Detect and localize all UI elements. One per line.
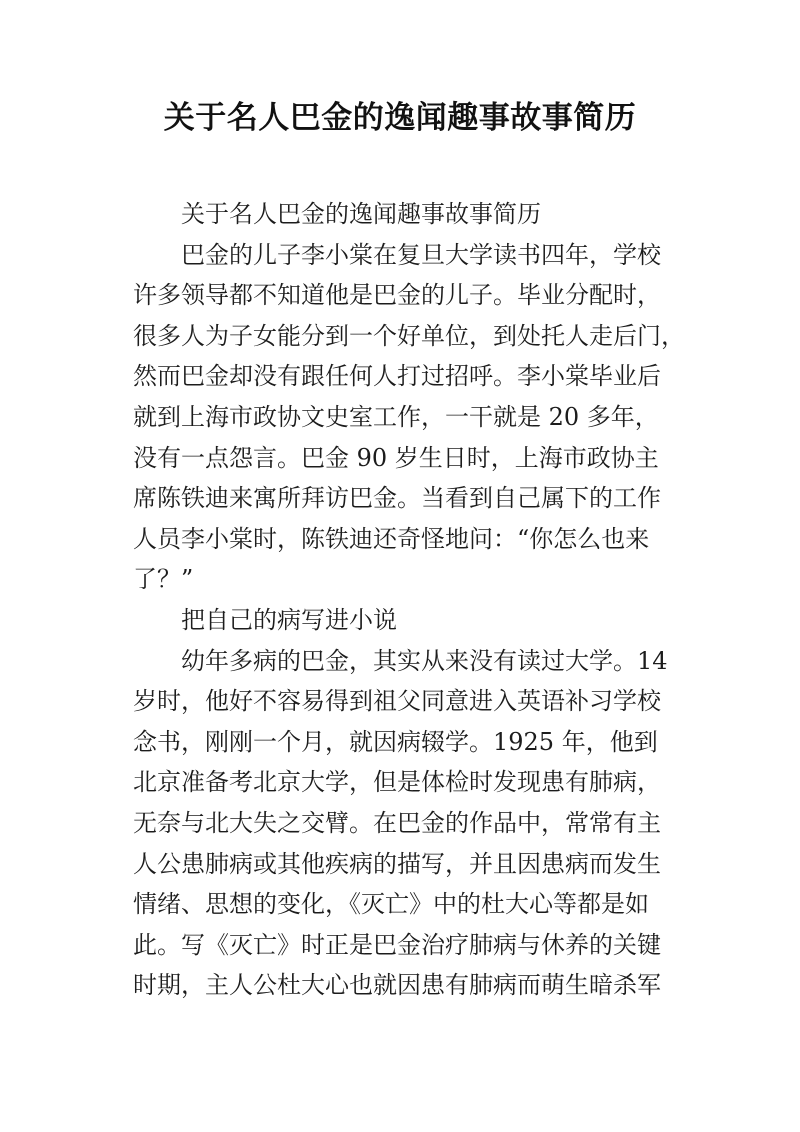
document-body: 关于名人巴金的逸闻趣事故事简历 巴金的儿子李小棠在复旦大学读书四年，学校 许多领… — [133, 194, 693, 1006]
paragraph-line: 念书，刚刚一个月，就因病辍学。1925 年，他到 — [133, 722, 693, 763]
paragraph-line: 人公患肺病或其他疾病的描写，并且因患病而发生 — [133, 844, 693, 885]
paragraph-line: 了？” — [133, 559, 693, 600]
paragraph-line: 没有一点怨言。巴金 90 岁生日时，上海市政协主 — [133, 438, 693, 479]
section-heading-line: 把自己的病写进小说 — [133, 600, 693, 641]
paragraph-line: 幼年多病的巴金，其实从来没有读过大学。14 — [133, 641, 693, 682]
page-title: 关于名人巴金的逸闻趣事故事简历 — [0, 96, 800, 140]
subtitle-line: 关于名人巴金的逸闻趣事故事简历 — [133, 194, 693, 235]
paragraph-line: 就到上海市政协文史室工作，一干就是 20 多年， — [133, 397, 693, 438]
paragraph-line: 人员李小棠时，陈铁迪还奇怪地问：“你怎么也来 — [133, 519, 693, 560]
paragraph-line: 岁时，他好不容易得到祖父同意进入英语补习学校 — [133, 681, 693, 722]
paragraph-line: 然而巴金却没有跟任何人打过招呼。李小棠毕业后 — [133, 356, 693, 397]
paragraph-line: 巴金的儿子李小棠在复旦大学读书四年，学校 — [133, 235, 693, 276]
paragraph-line: 此。写《灭亡》时正是巴金治疗肺病与休养的关键 — [133, 925, 693, 966]
paragraph-line: 北京准备考北京大学，但是体检时发现患有肺病， — [133, 762, 693, 803]
paragraph-line: 很多人为子女能分到一个好单位，到处托人走后门， — [133, 316, 693, 357]
paragraph-line: 无奈与北大失之交臂。在巴金的作品中，常常有主 — [133, 803, 693, 844]
paragraph-line: 时期，主人公杜大心也就因患有肺病而萌生暗杀军 — [133, 965, 693, 1006]
paragraph-line: 许多领导都不知道他是巴金的儿子。毕业分配时， — [133, 275, 693, 316]
paragraph-line: 情绪、思想的变化，《灭亡》中的杜大心等都是如 — [133, 884, 693, 925]
paragraph-line: 席陈铁迪来寓所拜访巴金。当看到自己属下的工作 — [133, 478, 693, 519]
